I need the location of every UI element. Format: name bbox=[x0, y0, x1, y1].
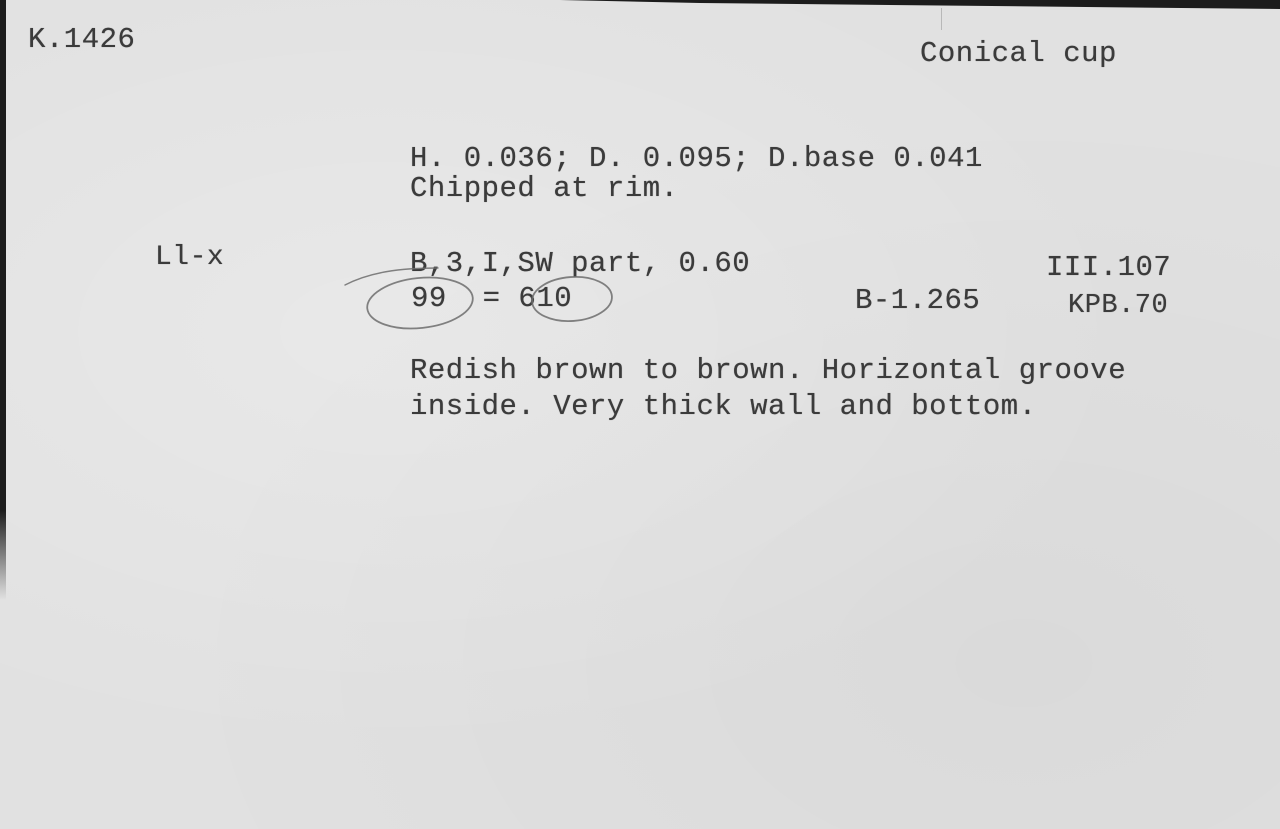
old-inventory-numbers: 99 = 610 bbox=[411, 283, 572, 315]
index-card: K.1426 Conical cup H. 0.036; D. 0.095; D… bbox=[0, 0, 1280, 829]
description-line-1: Redish brown to brown. Horizontal groove bbox=[410, 355, 1126, 387]
condition-note: Chipped at rim. bbox=[410, 173, 679, 205]
locus-code: Ll-x bbox=[155, 242, 224, 274]
card-top-edge bbox=[0, 0, 1280, 10]
volume-reference: III.107 bbox=[1046, 252, 1171, 284]
card-left-edge bbox=[0, 0, 6, 600]
kpb-reference: KPB.70 bbox=[1068, 290, 1168, 322]
b-reference: B-1.265 bbox=[855, 285, 980, 317]
dimensions: H. 0.036; D. 0.095; D.base 0.041 bbox=[410, 143, 983, 175]
description-line-2: inside. Very thick wall and bottom. bbox=[410, 391, 1037, 423]
catalog-number: K.1426 bbox=[28, 24, 135, 56]
paper-mark bbox=[941, 8, 942, 30]
object-type: Conical cup bbox=[920, 38, 1117, 70]
provenance: B,3,I,SW part, 0.60 bbox=[410, 248, 750, 280]
